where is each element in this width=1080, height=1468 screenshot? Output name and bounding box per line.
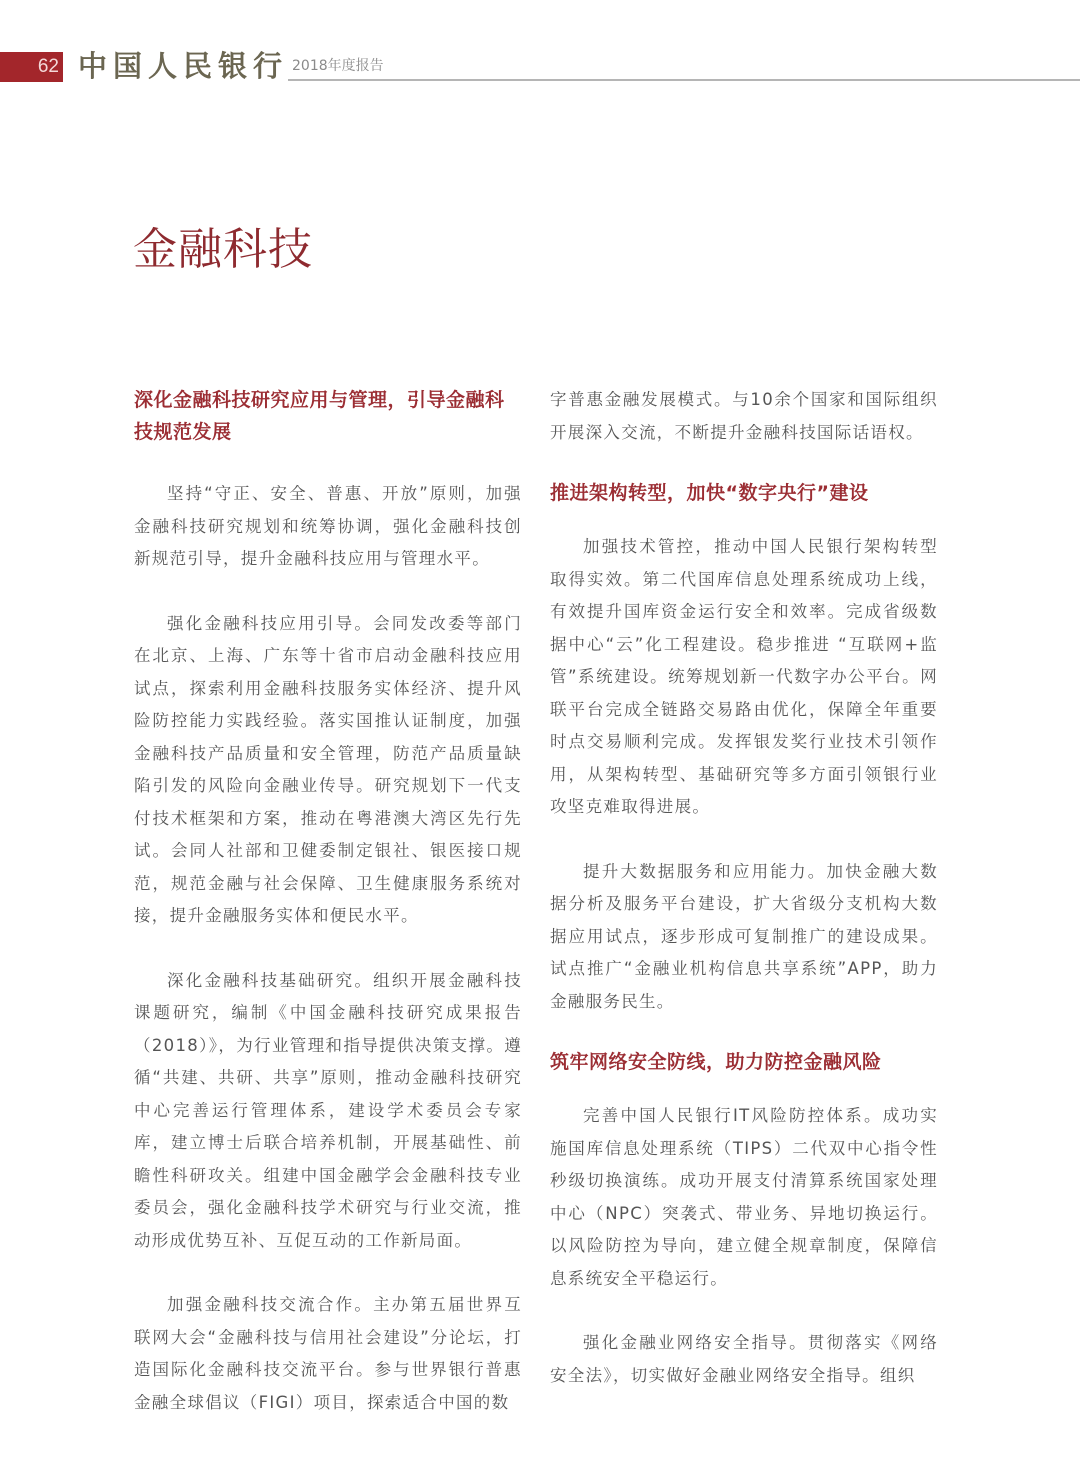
header-divider bbox=[288, 79, 1080, 81]
report-label: 2018年度报告 bbox=[292, 56, 384, 76]
right-column: 字普惠金融发展模式。与10余个国家和国际组织开展深入交流，不断提升金融科技国际话… bbox=[550, 384, 938, 1392]
left-column: 深化金融科技研究应用与管理，引导金融科技规范发展 坚持“守正、安全、普惠、开放”… bbox=[134, 384, 522, 1419]
section-heading-digital-central-bank: 推进架构转型，加快“数字央行”建设 bbox=[550, 477, 938, 509]
page-number: 62 bbox=[0, 52, 63, 82]
paragraph-basic-research: 深化金融科技基础研究。组织开展金融科技课题研究，编制《中国金融科技研究成果报告（… bbox=[134, 965, 522, 1258]
page-title: 金融科技 bbox=[133, 222, 313, 278]
paragraph-exchange-cooperation: 加强金融科技交流合作。主办第五届世界互联网大会“金融科技与信用社会建设”分论坛，… bbox=[134, 1289, 522, 1419]
paragraph-principles: 坚持“守正、安全、普惠、开放”原则，加强金融科技研究规划和统筹协调，强化金融科技… bbox=[134, 478, 522, 576]
paragraph-architecture: 加强技术管控，推动中国人民银行架构转型取得实效。第二代国库信息处理系统成功上线，… bbox=[550, 531, 938, 824]
bank-logo: 中国人民银行 bbox=[78, 46, 288, 86]
paragraph-continuation: 字普惠金融发展模式。与10余个国家和国际组织开展深入交流，不断提升金融科技国际话… bbox=[550, 384, 938, 449]
paragraph-network-security: 强化金融业网络安全指导。贯彻落实《网络安全法》，切实做好金融业网络安全指导。组织 bbox=[550, 1327, 938, 1392]
paragraph-it-risk: 完善中国人民银行IT风险防控体系。成功实施国库信息处理系统（TIPS）二代双中心… bbox=[550, 1100, 938, 1295]
page-header: 62 中国人民银行 2018年度报告 bbox=[0, 0, 1080, 100]
section-heading-cybersecurity: 筑牢网络安全防线，助力防控金融风险 bbox=[550, 1046, 938, 1078]
paragraph-big-data: 提升大数据服务和应用能力。加快金融大数据分析及服务平台建设，扩大省级分支机构大数… bbox=[550, 856, 938, 1019]
section-heading-research: 深化金融科技研究应用与管理，引导金融科技规范发展 bbox=[134, 384, 522, 448]
paragraph-application-guidance: 强化金融科技应用引导。会同发改委等部门在北京、上海、广东等十省市启动金融科技应用… bbox=[134, 608, 522, 933]
